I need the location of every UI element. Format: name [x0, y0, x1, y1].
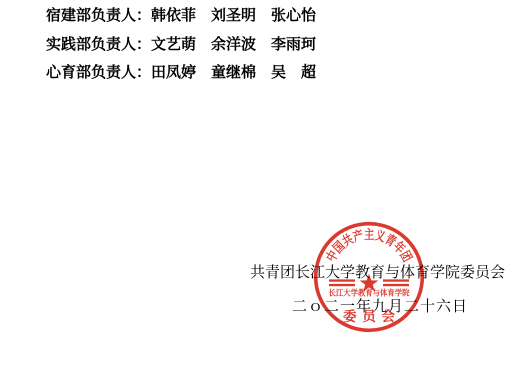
signature-date: 二ｏ二一年九月二十六日 — [292, 295, 468, 316]
banner-bar-left-bottom — [329, 284, 355, 286]
roster-line-mental-edu-dept: 心育部负责人：田凤婷 童继棉 吴 超 — [46, 59, 316, 88]
signature-committee: 共青团长江大学教育与体育学院委员会 — [250, 261, 505, 282]
roster-block: 宿建部负责人：韩依菲 刘圣明 张心怡 实践部负责人：文艺萌 余洋波 李雨珂 心育… — [46, 2, 316, 88]
banner-bar-right-bottom — [383, 284, 409, 286]
document-page: 宿建部负责人：韩依菲 刘圣明 张心怡 实践部负责人：文艺萌 余洋波 李雨珂 心育… — [0, 0, 524, 375]
roster-line-practice-dept: 实践部负责人：文艺萌 余洋波 李雨珂 — [46, 31, 316, 60]
roster-line-dorm-dept: 宿建部负责人：韩依菲 刘圣明 张心怡 — [46, 2, 316, 31]
